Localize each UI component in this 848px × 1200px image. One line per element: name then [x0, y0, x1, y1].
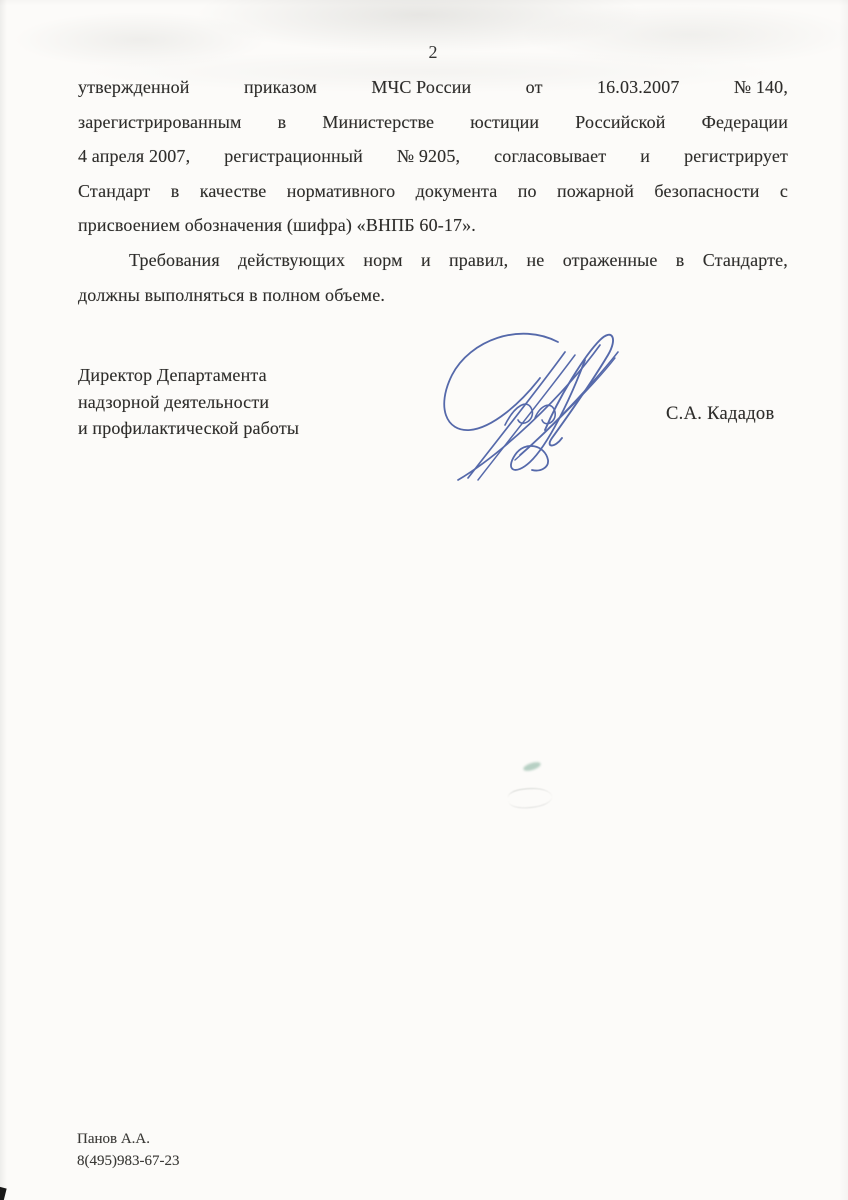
- word-group: действующих: [238, 250, 345, 271]
- word-group: правил,: [449, 250, 508, 271]
- word-group: МЧС России: [371, 77, 471, 98]
- word-group: в: [676, 250, 685, 271]
- word-group: Министерстве: [322, 112, 434, 133]
- word-group: приказом: [244, 77, 317, 98]
- signature-title: Директор Департамента надзорной деятельн…: [78, 362, 299, 442]
- footer-contact: Панов А.А. 8(495)983-67-23: [77, 1129, 179, 1172]
- scan-corner-artifact: [0, 1187, 7, 1200]
- executor-name: Панов А.А.: [77, 1129, 179, 1151]
- word-group: и: [421, 250, 431, 271]
- signature-ink: [424, 318, 634, 488]
- word-group: и: [640, 146, 650, 167]
- word-group: № 9205,: [397, 146, 460, 167]
- signature-title-line: и профилактической работы: [78, 415, 299, 442]
- page-number: 2: [78, 42, 788, 63]
- word-group: отраженные: [563, 250, 658, 271]
- word-group: зарегистрированным: [78, 112, 242, 133]
- word-group: 4 апреля 2007,: [78, 146, 190, 167]
- word-group: не: [527, 250, 545, 271]
- executor-phone: 8(495)983-67-23: [77, 1151, 179, 1173]
- signature-title-line: Директор Департамента: [78, 362, 299, 389]
- text-line: утвержденнойприказомМЧС Россииот16.03.20…: [78, 77, 788, 98]
- word-group: регистрирует: [684, 146, 788, 167]
- word-group: Стандарт: [78, 181, 150, 202]
- word-group: Федерации: [702, 112, 788, 133]
- word-group: от: [526, 77, 543, 98]
- word-group: в: [171, 181, 180, 202]
- text-line: 4 апреля 2007,регистрационный№ 9205,согл…: [78, 146, 788, 167]
- word-group: Стандарте,: [703, 250, 788, 271]
- word-group: в: [278, 112, 287, 133]
- word-group: безопасности: [654, 181, 759, 202]
- scan-faint-marks: [507, 786, 553, 810]
- word-group: документа: [416, 181, 498, 202]
- scan-smudge: [522, 760, 541, 772]
- word-group: присвоением обозначения (шифра) «ВНПБ 60…: [78, 215, 476, 236]
- word-group: Российской: [575, 112, 665, 133]
- signer-name: С.А. Кададов: [666, 404, 775, 425]
- word-group: утвержденной: [78, 77, 190, 98]
- word-group: 16.03.2007: [597, 77, 680, 98]
- word-group: по: [518, 181, 537, 202]
- word-group: регистрационный: [224, 146, 363, 167]
- word-group: пожарной: [557, 181, 634, 202]
- text-line: Требованиядействующихнормиправил,неотраж…: [129, 250, 788, 271]
- word-group: согласовывает: [494, 146, 606, 167]
- word-group: качестве: [200, 181, 267, 202]
- word-group: № 140,: [734, 77, 788, 98]
- document-page: 2 утвержденнойприказомМЧС Россииот16.03.…: [0, 0, 848, 1200]
- text-line: присвоением обозначения (шифра) «ВНПБ 60…: [78, 215, 788, 236]
- word-group: должны выполняться в полном объеме.: [78, 285, 385, 306]
- word-group: нормативного: [287, 181, 396, 202]
- signature-title-line: надзорной деятельности: [78, 389, 299, 416]
- word-group: Требования: [129, 250, 220, 271]
- word-group: норм: [363, 250, 402, 271]
- text-line: должны выполняться в полном объеме.: [78, 285, 788, 306]
- word-group: юстиции: [470, 112, 539, 133]
- word-group: с: [780, 181, 788, 202]
- text-line: зарегистрированнымвМинистерствеюстицииРо…: [78, 112, 788, 133]
- text-line: Стандартвкачественормативногодокументапо…: [78, 181, 788, 202]
